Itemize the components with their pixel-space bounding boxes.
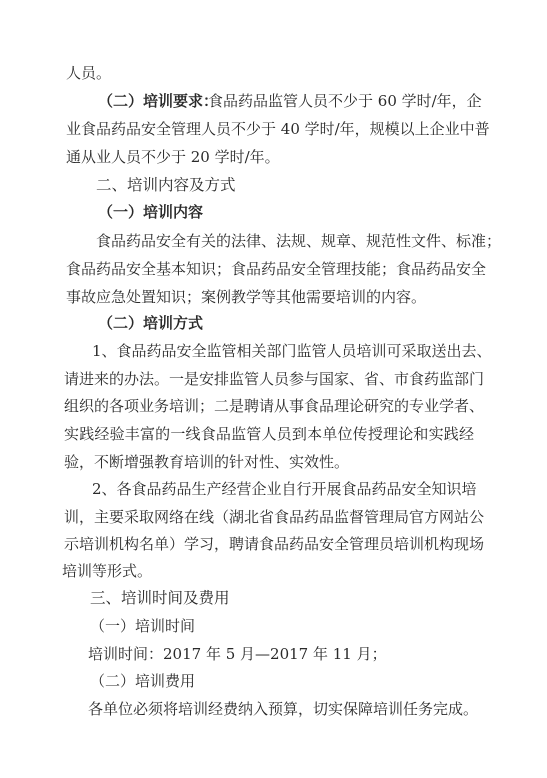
section-heading-text: 二、培训内容及方式 (96, 172, 236, 198)
paragraph-line: 通从业人员不少于 20 学时/年。 (0, 144, 547, 170)
requirements-line: （二）培训要求： 食品药品监管人员不少于 60 学时/年，企 (0, 88, 547, 114)
text: 实践经验丰富的一线食品监管人员到本单位传授理论和实践经 (64, 421, 474, 447)
requirements-label: （二）培训要求： (98, 88, 218, 114)
section-heading: 二、培训内容及方式 (0, 172, 547, 198)
subsection-heading: （二）培训方式 (0, 310, 547, 336)
subsection-heading: （二）培训费用 (0, 668, 547, 694)
paragraph-line: 请进来的办法。一是安排监管人员参与国家、省、市食药监部门 (0, 366, 547, 392)
paragraph-line: 培训等形式。 (0, 558, 547, 584)
training-dates: 培训时间：2017 年 5 月—2017 年 11 月； (88, 641, 387, 667)
text: 请进来的办法。一是安排监管人员参与国家、省、市食药监部门 (64, 366, 474, 392)
paragraph-line: 各单位必须将培训经费纳入预算，切实保障培训任务完成。 (0, 696, 547, 722)
text: 通从业人员不少于 20 学时/年。 (66, 144, 280, 170)
text: 食品药品安全基本知识；食品药品安全管理技能；食品药品安全 (66, 256, 474, 282)
paragraph-line: 业食品药品安全管理人员不少于 40 学时/年，规模以上企业中普 (0, 116, 547, 142)
text: 业食品药品安全管理人员不少于 40 学时/年，规模以上企业中普 (66, 116, 474, 142)
text: 组织的各项业务培训；二是聘请从事食品理论研究的专业学者、 (64, 393, 474, 419)
paragraph-line: 培训时间：2017 年 5 月—2017 年 11 月； (0, 641, 547, 667)
text: 训，主要采取网络在线（湖北省食品药品监督管理局官方网站公 (64, 504, 474, 530)
text: 各单位必须将培训经费纳入预算，切实保障培训任务完成。 (88, 696, 478, 722)
text: 食品药品监管人员不少于 60 学时/年，企 (208, 88, 474, 114)
subsection-heading: （一）培训时间 (0, 613, 547, 639)
paragraph-line: 1、食品药品安全监管相关部门监管人员培训可采取送出去、 (0, 338, 547, 364)
text: 食品药品安全有关的法律、法规、规章、规范性文件、标准； (96, 228, 474, 254)
text: 示培训机构名单）学习，聘请食品药品安全管理员培训机构现场 (64, 531, 474, 557)
paragraph-line: 训，主要采取网络在线（湖北省食品药品监督管理局官方网站公 (0, 504, 547, 530)
paragraph-line: 事故应急处置知识；案例教学等其他需要培训的内容。 (0, 284, 547, 310)
text: 示培训机构名单）学习，聘请食品药品安全管理员培训机构现场 (64, 531, 474, 557)
text: 人员。 (66, 60, 111, 86)
text: 事故应急处置知识；案例教学等其他需要培训的内容。 (66, 284, 426, 310)
text: 食品药品安全基本知识；食品药品安全管理技能；食品药品安全 (66, 256, 474, 282)
paragraph-line: 示培训机构名单）学习，聘请食品药品安全管理员培训机构现场 (0, 531, 547, 557)
section-heading-text: 三、培训时间及费用 (90, 585, 230, 611)
paragraph-line: 2、各食品药品生产经营企业自行开展食品药品安全知识培 (0, 476, 547, 502)
subsection-heading-text: （一）培训时间 (90, 613, 195, 639)
text: 培训等形式。 (62, 558, 152, 584)
text: 组织的各项业务培训；二是聘请从事食品理论研究的专业学者、 (64, 393, 474, 419)
text: 业食品药品安全管理人员不少于 40 学时/年，规模以上企业中普 (66, 116, 474, 142)
subsection-heading-text: （二）培训方式 (98, 310, 203, 336)
paragraph-line: 食品药品安全有关的法律、法规、规章、规范性文件、标准； (0, 228, 547, 254)
text: 请进来的办法。一是安排监管人员参与国家、省、市食药监部门 (64, 366, 474, 392)
subsection-heading-text: （一）培训内容 (98, 199, 203, 225)
text: 1、食品药品安全监管相关部门监管人员培训可采取送出去、 (92, 338, 474, 364)
text: 食品药品监管人员不少于 60 学时/年，企 (208, 88, 474, 114)
subsection-heading-text: （二）培训费用 (90, 668, 195, 694)
subsection-heading: （一）培训内容 (0, 199, 547, 225)
paragraph-line: 食品药品安全基本知识；食品药品安全管理技能；食品药品安全 (0, 256, 547, 282)
text: 实践经验丰富的一线食品监管人员到本单位传授理论和实践经 (64, 421, 474, 447)
text: 1、食品药品安全监管相关部门监管人员培训可采取送出去、 (92, 338, 474, 364)
text: 训，主要采取网络在线（湖北省食品药品监督管理局官方网站公 (64, 504, 474, 530)
text: 2、各食品药品生产经营企业自行开展食品药品安全知识培 (92, 476, 474, 502)
paragraph-line: 验，不断增强教育培训的针对性、实效性。 (0, 449, 547, 475)
text: 2、各食品药品生产经营企业自行开展食品药品安全知识培 (92, 476, 474, 502)
paragraph-line: 组织的各项业务培训；二是聘请从事食品理论研究的专业学者、 (0, 393, 547, 419)
text: 验，不断增强教育培训的针对性、实效性。 (64, 449, 349, 475)
paragraph-line: 人员。 (0, 60, 547, 86)
text: 食品药品安全有关的法律、法规、规章、规范性文件、标准； (96, 228, 474, 254)
paragraph-line: 实践经验丰富的一线食品监管人员到本单位传授理论和实践经 (0, 421, 547, 447)
section-heading: 三、培训时间及费用 (0, 585, 547, 611)
